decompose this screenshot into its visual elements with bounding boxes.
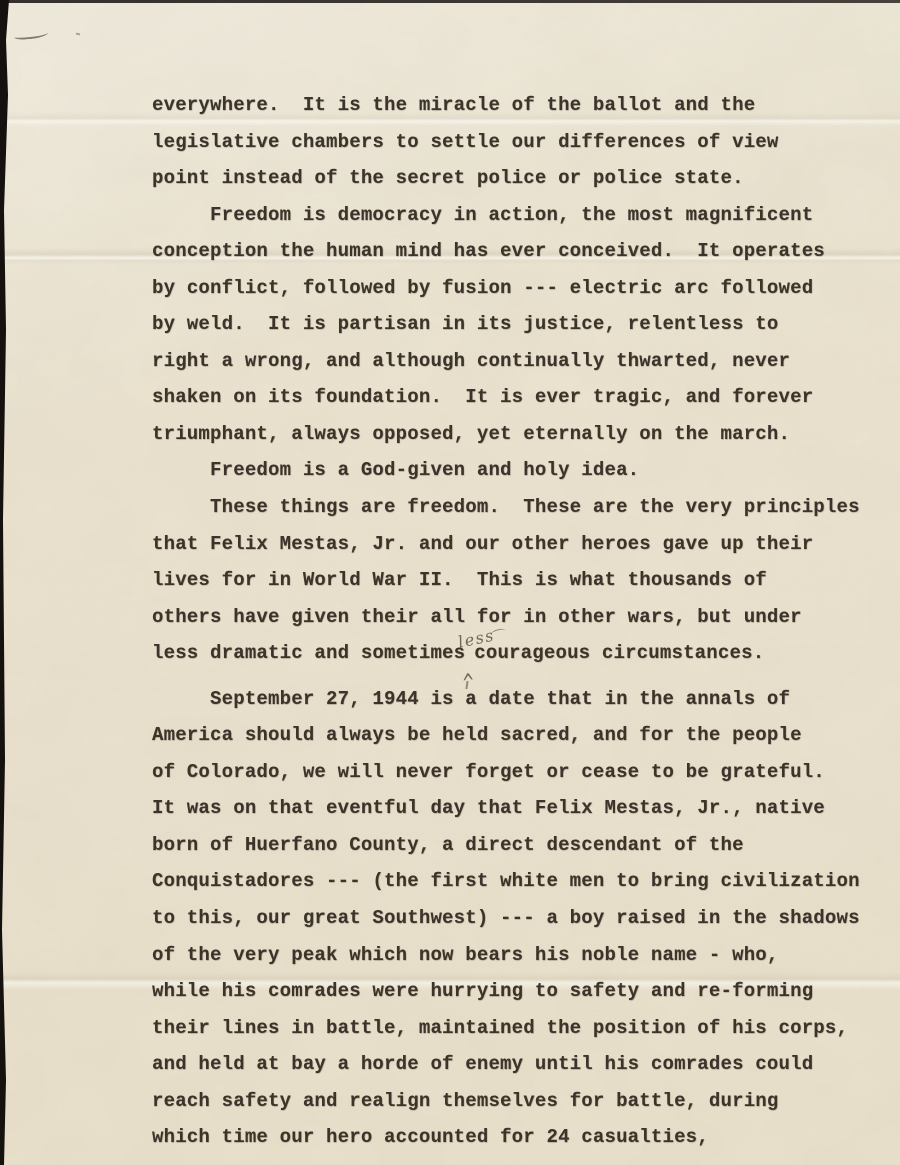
typed-line: by conflict, followed by fusion --- elec… — [152, 270, 852, 307]
document-page: everywhere. It is the miracle of the bal… — [0, 0, 900, 1165]
typed-line: Freedom is a God-given and holy idea. — [152, 452, 852, 489]
typed-line: that Felix Mestas, Jr. and our other her… — [152, 526, 852, 563]
typed-line: triumphant, always opposed, yet eternall… — [152, 416, 852, 453]
typed-line: conception the human mind has ever conce… — [152, 233, 852, 270]
typed-line: shaken on its foundation. It is ever tra… — [152, 379, 852, 416]
typed-line: Conquistadores --- (the first white men … — [152, 863, 852, 900]
typed-line: less dramatic and sometimesless^courageo… — [152, 635, 852, 672]
typed-line: born of Huerfano County, a direct descen… — [152, 827, 852, 864]
typed-line: of Colorado, we will never forget or cea… — [152, 754, 852, 791]
typed-line: These things are freedom. These are the … — [152, 489, 852, 526]
typed-line: their lines in battle, maintained the po… — [152, 1010, 852, 1047]
pencil-dot — [76, 33, 80, 36]
pencil-squiggle — [14, 30, 49, 41]
typed-line: of the very peak which now bears his nob… — [152, 937, 852, 974]
typed-line-text: courageous circumstances. — [474, 642, 764, 664]
typed-line: point instead of the secret police or po… — [152, 160, 852, 197]
insertion-point: less^ — [465, 657, 474, 658]
typed-line: everywhere. It is the miracle of the bal… — [152, 87, 852, 124]
typed-line-text: less dramatic and sometimes — [152, 642, 465, 664]
typed-line: to this, our great Southwest) --- a boy … — [152, 900, 852, 937]
typed-line: It was on that eventful day that Felix M… — [152, 790, 852, 827]
typed-text-block: everywhere. It is the miracle of the bal… — [152, 87, 852, 1156]
typed-line: reach safety and realign themselves for … — [152, 1083, 852, 1120]
typed-line: and held at bay a horde of enemy until h… — [152, 1046, 852, 1083]
typed-line: Freedom is democracy in action, the most… — [152, 197, 852, 234]
typed-line: lives for in World War II. This is what … — [152, 562, 852, 599]
scan-edge-top — [0, 0, 900, 3]
typed-line: right a wrong, and although continually … — [152, 343, 852, 380]
scan-edge-left — [0, 0, 10, 1165]
typed-line: legislative chambers to settle our diffe… — [152, 124, 852, 161]
typed-line: by weld. It is partisan in its justice, … — [152, 306, 852, 343]
typed-line: which time our hero accounted for 24 cas… — [152, 1119, 852, 1156]
typed-line: while his comrades were hurrying to safe… — [152, 973, 852, 1010]
typed-line: September 27, 1944 is a date that in the… — [152, 681, 852, 718]
typed-line: America should always be held sacred, an… — [152, 717, 852, 754]
